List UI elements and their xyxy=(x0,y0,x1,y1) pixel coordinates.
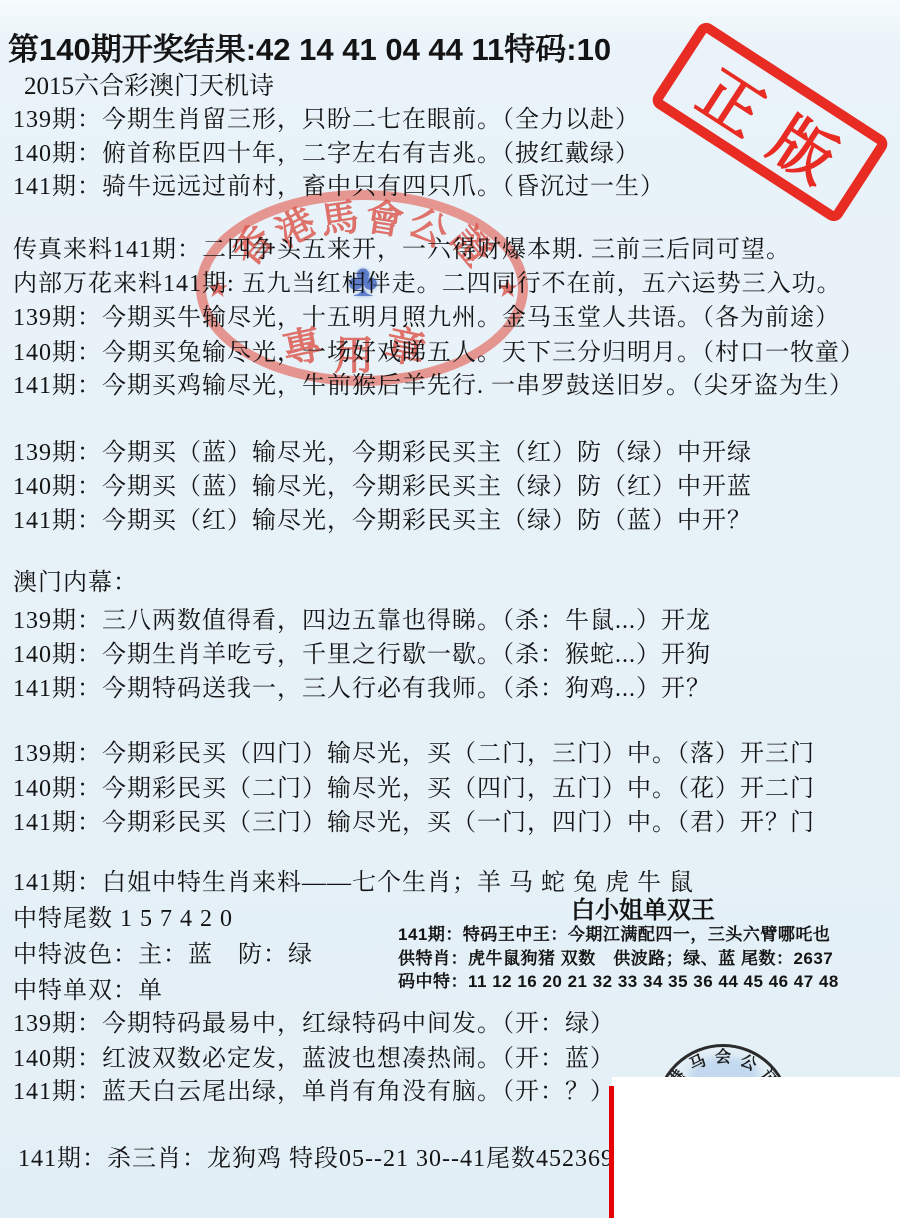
poem-line-140: 140期：俯首称臣四十年，二字左右有吉兆。（披红戴绿） xyxy=(13,133,640,168)
authentic-stamp-label: 正版 xyxy=(684,44,877,212)
wave-color-line: 中特波色：主：蓝 防：绿 xyxy=(13,934,313,969)
open-line-139: 139期：今期特码最易中，红绿特码中间发。（开：绿） xyxy=(13,1003,615,1038)
tail-numbers-line: 中特尾数 1 5 7 4 2 0 xyxy=(13,898,233,933)
poem-line-141: 141期：骑牛远远过前村，畜中只有四只爪。（昏沉过一生） xyxy=(13,166,665,201)
color-line-140: 140期：今期买（蓝）输尽光，今期彩民买主（绿）防（红）中开蓝 xyxy=(13,466,752,501)
poem-line-139: 139期：今期生肖留三形，只盼二七在眼前。（全力以赴） xyxy=(13,99,640,134)
kill-three-zodiac-line: 141期：杀三肖：龙狗鸡 特段05--21 30--41尾数452369 xyxy=(18,1138,614,1173)
macau-line-139: 139期：三八两数值得看，四边五靠也得睇。（杀：牛鼠...）开龙 xyxy=(13,600,711,635)
queen-line-1: 141期：特码王中王：今期江满配四一，三头六臂哪吒也 xyxy=(398,920,830,945)
color-line-141: 141期：今期买（红）输尽光，今期彩民买主（绿）防（蓝）中开？ xyxy=(13,500,752,535)
color-line-139: 139期：今期买（蓝）输尽光，今期彩民买主（红）防（绿）中开绿 xyxy=(13,432,752,467)
white-patch-overlay xyxy=(612,1077,900,1218)
open-line-141: 141期：蓝天白云尾出绿，单肖有角没有脑。（开：？） xyxy=(13,1071,615,1106)
open-line-140: 140期：红波双数必定发，蓝波也想凑热闹。（开：蓝） xyxy=(13,1038,615,1073)
red-vertical-rule xyxy=(609,1086,614,1218)
odd-even-line: 中特单双：单 xyxy=(13,970,163,1005)
macau-section-title: 澳门内幕： xyxy=(13,562,138,597)
queen-line-2: 供特肖：虎牛鼠狗猪 双数 供波路；绿、蓝 尾数：2637 xyxy=(398,944,833,969)
fax-line-140: 140期：今期买兔输尽光，一场好戏睇五人。天下三分归明月。（村口一牧童） xyxy=(13,332,865,367)
fax-line-141: 传真来料141期：二四争头五来开，一六得财爆本期. 三前三后同可望。 xyxy=(13,229,791,264)
internal-line-141: 内部万花来料141期: 五九当红相伴走。二四同行不在前，五六运势三入功。 xyxy=(13,263,842,298)
macau-line-141: 141期：今期特码送我一，三人行必有我师。（杀：狗鸡...）开？ xyxy=(13,668,711,703)
result-header: 第140期开奖结果:42 14 41 04 44 11特码:10 xyxy=(8,24,611,69)
macau-line-140: 140期：今期生肖羊吃亏，千里之行歇一歇。（杀：猴蛇...）开狗 xyxy=(13,634,711,669)
edition-subtitle: 2015六合彩澳门天机诗 xyxy=(24,66,274,102)
queen-line-3: 码中特：11 12 16 20 21 32 33 34 35 36 44 45 … xyxy=(398,967,839,992)
authentic-stamp: 正版 xyxy=(649,19,891,225)
fax-line-141b: 141期：今期买鸡输尽光，牛前猴后羊先行. 一串罗鼓送旧岁。（尖牙盗为生） xyxy=(13,365,854,400)
door-line-140: 140期：今期彩民买（二门）输尽光，买（四门，五门）中。（花）开二门 xyxy=(13,768,815,803)
door-line-139: 139期：今期彩民买（四门）输尽光，买（二门，三门）中。（落）开三门 xyxy=(13,733,815,768)
door-line-141: 141期：今期彩民买（三门）输尽光，买（一门，四门）中。（君）开？门 xyxy=(13,802,815,837)
fax-line-139: 139期：今期买牛输尽光，十五明月照九州。金马玉堂人共语。（各为前途） xyxy=(13,297,840,332)
lottery-tip-sheet: { "title": { "result": "第140期开奖结果:42 14 … xyxy=(0,0,900,1218)
circle-stamp-char: 会 xyxy=(714,1044,732,1067)
